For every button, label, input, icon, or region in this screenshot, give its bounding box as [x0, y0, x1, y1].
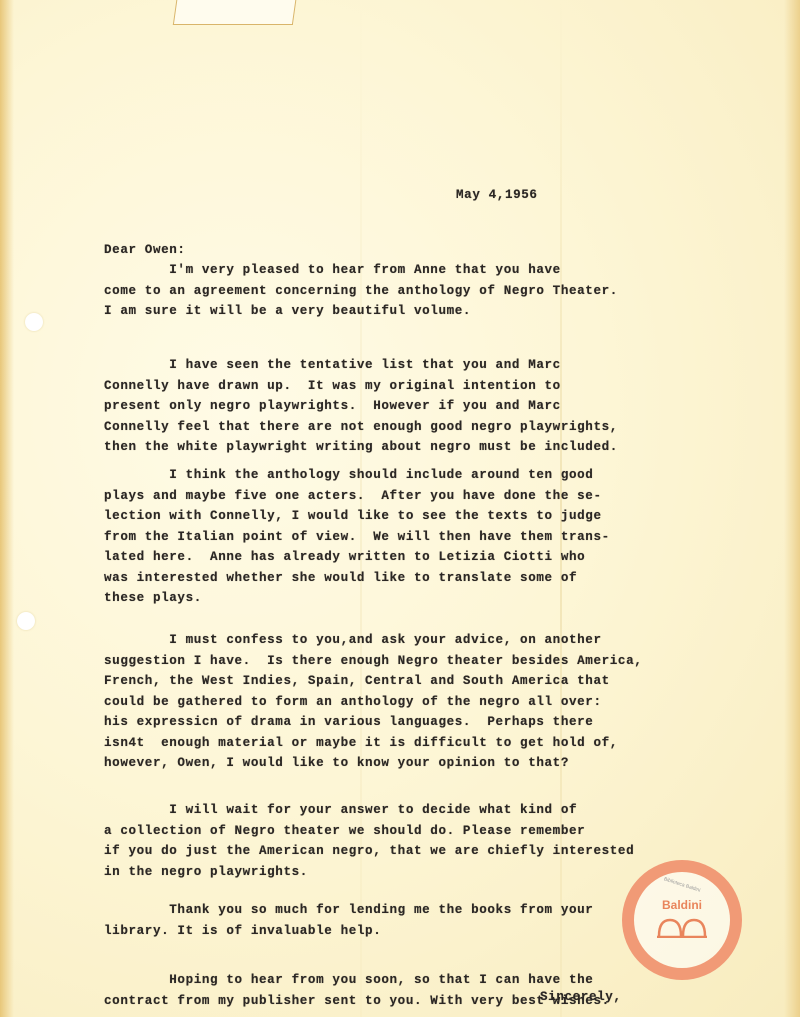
- letter-line: French, the West Indies, Spain, Central …: [104, 674, 610, 688]
- letter-line: Thank you so much for lending me the boo…: [104, 903, 593, 917]
- letter-line: Hoping to hear from you soon, so that I …: [104, 973, 593, 987]
- salutation: Dear Owen:: [104, 243, 186, 257]
- letter-line: I am sure it will be a very beautiful vo…: [104, 304, 471, 318]
- letter-line: I think the anthology should include aro…: [104, 468, 593, 482]
- letter-line: suggestion I have. Is there enough Negro…: [104, 654, 642, 668]
- letter-line: however, Owen, I would like to know your…: [104, 756, 569, 770]
- letter-line: Connelly have drawn up. It was my origin…: [104, 379, 561, 393]
- letter-line: present only negro playwrights. However …: [104, 399, 561, 413]
- letter-line: isn4t enough material or maybe it is dif…: [104, 736, 618, 750]
- punch-hole: [17, 612, 35, 630]
- letter-line: lated here. Anne has already written to …: [104, 550, 585, 564]
- letter-line: lection with Connelly, I would like to s…: [104, 509, 602, 523]
- letter-line: come to an agreement concerning the anth…: [104, 284, 618, 298]
- paper-edge-left: [0, 0, 14, 1017]
- letter-line: I'm very pleased to hear from Anne that …: [104, 263, 561, 277]
- letter-line: from the Italian point of view. We will …: [104, 530, 610, 544]
- closing: Sincerely,: [540, 990, 622, 1004]
- letter-line: I have seen the tentative list that you …: [104, 358, 561, 372]
- letter-line: these plays.: [104, 591, 202, 605]
- letter-line: could be gathered to form an anthology o…: [104, 695, 602, 709]
- letter-date: May 4,1956: [456, 188, 538, 202]
- letter-line: a collection of Negro theater we should …: [104, 824, 585, 838]
- letter-line: if you do just the American negro, that …: [104, 844, 634, 858]
- letter-line: I will wait for your answer to decide wh…: [104, 803, 577, 817]
- letter-line: library. It is of invaluable help.: [104, 924, 381, 938]
- letter-line: then the white playwright writing about …: [104, 440, 618, 454]
- letter-line: I must confess to you,and ask your advic…: [104, 633, 602, 647]
- paper-edge-right: [784, 0, 800, 1017]
- library-stamp: Biblioteca Baldini Baldini: [622, 860, 742, 980]
- paper-tab-mark: [173, 0, 297, 25]
- letter-line: Connelly feel that there are not enough …: [104, 420, 618, 434]
- letter-line: contract from my publisher sent to you. …: [104, 994, 610, 1008]
- letter-page: May 4,1956 Dear Owen: I'm very pleased t…: [0, 0, 800, 1017]
- punch-hole: [25, 313, 43, 331]
- letter-line: plays and maybe five one acters. After y…: [104, 489, 602, 503]
- open-book-icon: [656, 916, 708, 938]
- letter-line: his expressicn of drama in various langu…: [104, 715, 593, 729]
- letter-line: in the negro playwrights.: [104, 865, 308, 879]
- letter-line: was interested whether she would like to…: [104, 571, 577, 585]
- stamp-label: Baldini: [634, 898, 730, 912]
- letter-body: I'm very pleased to hear from Anne that …: [104, 263, 724, 983]
